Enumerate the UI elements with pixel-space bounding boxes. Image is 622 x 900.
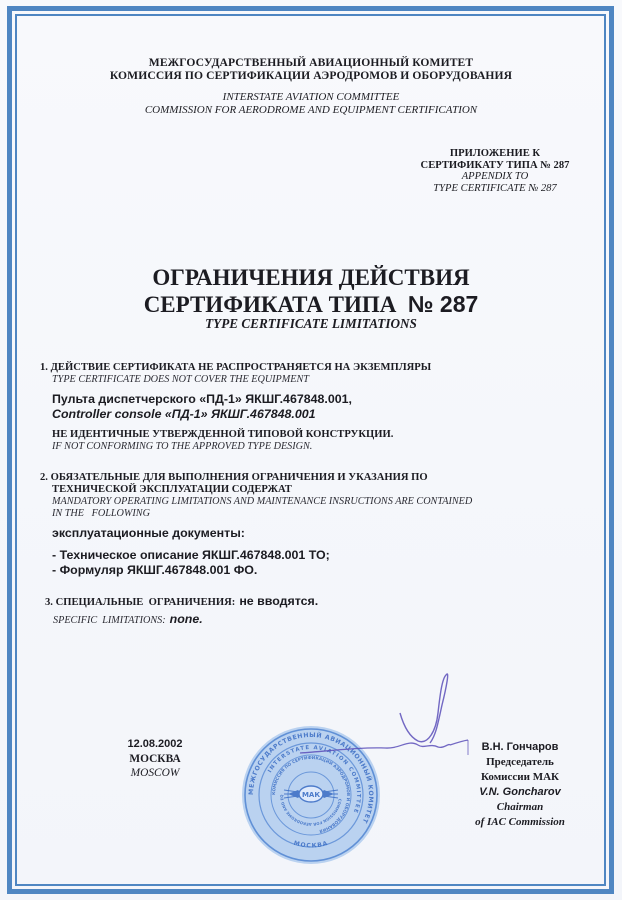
issue-date: 12.08.2002 [100,738,210,750]
section2-heading-ru-2: ТЕХНИЧЕСКОЙ ЭКСПЛУАТАЦИИ СОДЕРЖАТ [52,484,610,496]
issue-city-en: MOSCOW [100,767,210,779]
title-line1: ОГРАНИЧЕНИЯ ДЕЙСТВИЯ [0,264,622,291]
section-2: 2. ОБЯЗАТЕЛЬНЫЕ ДЛЯ ВЫПОЛНЕНИЯ ОГРАНИЧЕН… [40,472,610,578]
section3-value-ru: не вводятся. [239,594,318,608]
section2-docs-label: эксплуатационные документы: [52,526,610,541]
section2-doc-item: - Формуляр ЯКШГ.467848.001 ФО. [52,563,610,578]
document-title: ОГРАНИЧЕНИЯ ДЕЙСТВИЯ СЕРТИФИКАТА ТИПА № … [0,264,622,318]
appendix-en-line1: APPENDIX TO [400,171,590,183]
section3-heading-en: SPECIFIC LIMITATIONS: [53,615,166,626]
title-line2: СЕРТИФИКАТА ТИПА № 287 [0,291,622,318]
header-ru-line1: МЕЖГОСУДАРСТВЕННЫЙ АВИАЦИОННЫЙ КОМИТЕТ [0,56,622,69]
appendix-ru-line1: ПРИЛОЖЕНИЕ К [400,148,590,160]
certificate-page: МЕЖГОСУДАРСТВЕННЫЙ АВИАЦИОННЫЙ КОМИТЕТ К… [0,0,622,900]
section1-item-en: Controller console «ПД-1» ЯКШГ.467848.00… [52,407,600,422]
section1-item-ru: Пульта диспетчерского «ПД-1» ЯКШГ.467848… [52,392,600,407]
signatory-name-en: V.N. Goncharov [445,785,595,800]
section3-line-en: SPECIFIC LIMITATIONS: none. [53,610,565,628]
header-en-line1: INTERSTATE AVIATION COMMITTEE [0,91,622,104]
appendix-ru-line2: СЕРТИФИКАТУ ТИПА № 287 [400,160,590,172]
section3-value-en: none. [170,612,203,626]
section1-condition-ru: НЕ ИДЕНТИЧНЫЕ УТВЕРЖДЕННОЙ ТИПОВОЙ КОНСТ… [52,429,600,441]
appendix-en-line2: TYPE CERTIFICATE № 287 [400,183,590,195]
signatory-block: В.Н. Гончаров Председатель Комиссии МАК … [445,740,595,830]
section1-heading-en: TYPE CERTIFICATE DOES NOT COVER THE EQUI… [52,374,600,386]
section2-doc-item: - Техническое описание ЯКШГ.467848.001 Т… [52,548,610,563]
issue-city-ru: МОСКВА [100,753,210,765]
signatory-position-ru-2: Комиссии МАК [445,770,595,785]
certificate-number: № 287 [408,291,478,317]
signatory-name-ru: В.Н. Гончаров [445,740,595,755]
seal-emblem-text: МАК [302,791,320,799]
section3-heading-ru: 3. СПЕЦИАЛЬНЫЕ ОГРАНИЧЕНИЯ: [45,597,235,608]
section-3: 3. СПЕЦИАЛЬНЫЕ ОГРАНИЧЕНИЯ: не вводятся.… [45,592,565,628]
header-en-line2: COMMISSION FOR AERODROME AND EQUIPMENT C… [0,104,622,117]
section-1: 1. ДЕЙСТВИЕ СЕРТИФИКАТА НЕ РАСПРОСТРАНЯЕ… [40,362,600,453]
section1-heading-ru: 1. ДЕЙСТВИЕ СЕРТИФИКАТА НЕ РАСПРОСТРАНЯЕ… [40,362,600,374]
document-subtitle: TYPE CERTIFICATE LIMITATIONS [0,316,622,332]
section2-heading-en-2: IN THE FOLLOWING [52,508,610,520]
section2-heading-en-1: MANDATORY OPERATING LIMITATIONS AND MAIN… [52,496,610,508]
section1-condition-en: IF NOT CONFORMING TO THE APPROVED TYPE D… [52,441,600,453]
signatory-position-en-1: Chairman [445,800,595,815]
title-line2-text: СЕРТИФИКАТА ТИПА [144,292,408,317]
appendix-reference: ПРИЛОЖЕНИЕ К СЕРТИФИКАТУ ТИПА № 287 APPE… [400,148,590,194]
signatory-position-en-2: of IAC Commission [445,815,595,830]
section2-heading-ru-1: 2. ОБЯЗАТЕЛЬНЫЕ ДЛЯ ВЫПОЛНЕНИЯ ОГРАНИЧЕН… [40,472,610,484]
header-ru-line2: КОМИССИЯ ПО СЕРТИФИКАЦИИ АЭРОДРОМОВ И ОБ… [0,69,622,82]
section3-line-ru: 3. СПЕЦИАЛЬНЫЕ ОГРАНИЧЕНИЯ: не вводятся. [45,592,565,610]
signatory-position-ru-1: Председатель [445,755,595,770]
header-russian: МЕЖГОСУДАРСТВЕННЫЙ АВИАЦИОННЫЙ КОМИТЕТ К… [0,56,622,82]
header-english: INTERSTATE AVIATION COMMITTEE COMMISSION… [0,91,622,117]
